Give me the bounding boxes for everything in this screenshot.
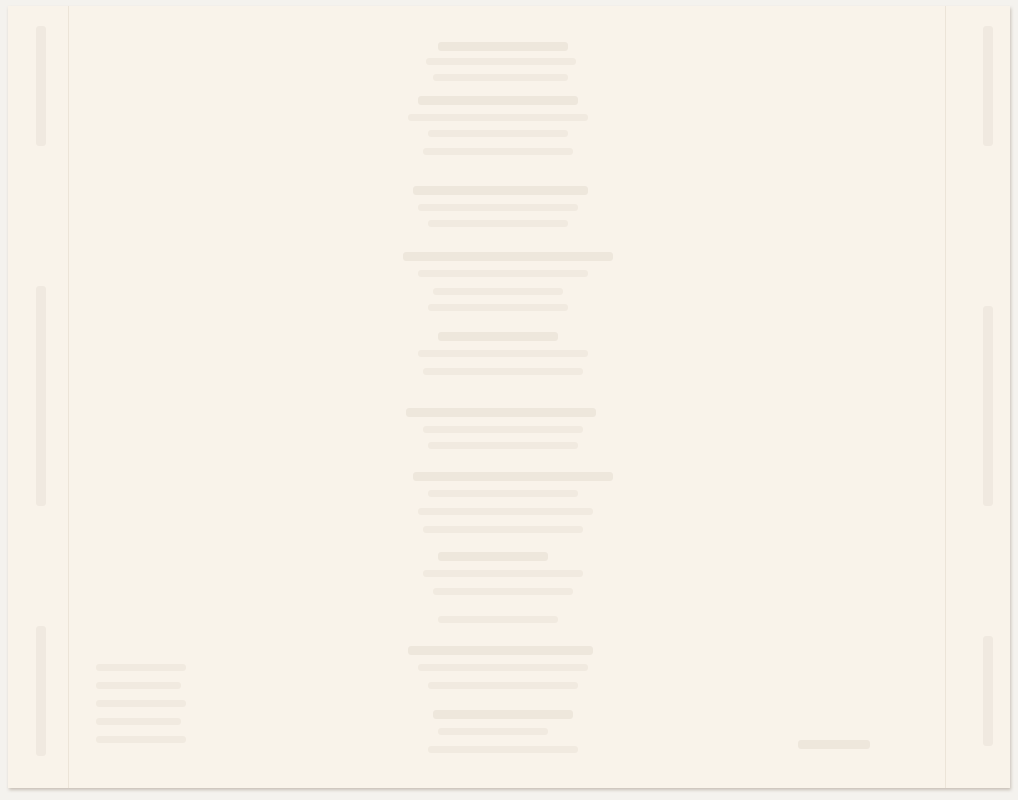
show-through-line	[418, 96, 578, 105]
show-through-line	[406, 408, 596, 417]
show-through-line	[413, 472, 613, 481]
show-through-line	[438, 42, 568, 51]
show-through-line	[423, 368, 583, 375]
show-through-line	[418, 270, 588, 277]
show-through-line	[418, 508, 593, 515]
show-through-line	[438, 616, 558, 623]
show-through-line	[428, 442, 578, 449]
show-through-line	[433, 74, 568, 81]
show-through-line	[798, 740, 870, 749]
show-through-line	[413, 186, 588, 195]
show-through-line	[433, 588, 573, 595]
show-through-line	[418, 350, 588, 357]
show-through-line	[438, 728, 548, 735]
show-through-line	[428, 682, 578, 689]
show-through-line	[408, 646, 593, 655]
show-through-line	[418, 204, 578, 211]
show-through-line	[428, 304, 568, 311]
show-through-line	[96, 718, 181, 725]
show-through-line	[426, 58, 576, 65]
paper-sheet	[8, 6, 1010, 788]
show-through-line	[428, 220, 568, 227]
show-through-line	[423, 570, 583, 577]
show-through-line	[438, 332, 558, 341]
show-through-line	[96, 700, 186, 707]
show-through-line	[96, 664, 186, 671]
show-through-line	[96, 682, 181, 689]
show-through-line	[423, 426, 583, 433]
show-through-spine-text	[36, 26, 46, 146]
show-through-line	[418, 664, 588, 671]
show-through-line	[428, 130, 568, 137]
show-through-line	[428, 490, 578, 497]
show-through-spine-text	[983, 306, 993, 506]
show-through-line	[403, 252, 613, 261]
show-through-line	[433, 288, 563, 295]
show-through-line	[438, 552, 548, 561]
show-through-line	[408, 114, 588, 121]
show-through-line	[423, 148, 573, 155]
show-through-spine-text	[36, 286, 46, 506]
show-through-line	[96, 736, 186, 743]
show-through-line	[428, 746, 578, 753]
show-through-spine-text	[983, 26, 993, 146]
show-through-line	[433, 710, 573, 719]
show-through-line	[423, 526, 583, 533]
show-through-spine-text	[36, 626, 46, 756]
show-through-spine-text	[983, 636, 993, 746]
